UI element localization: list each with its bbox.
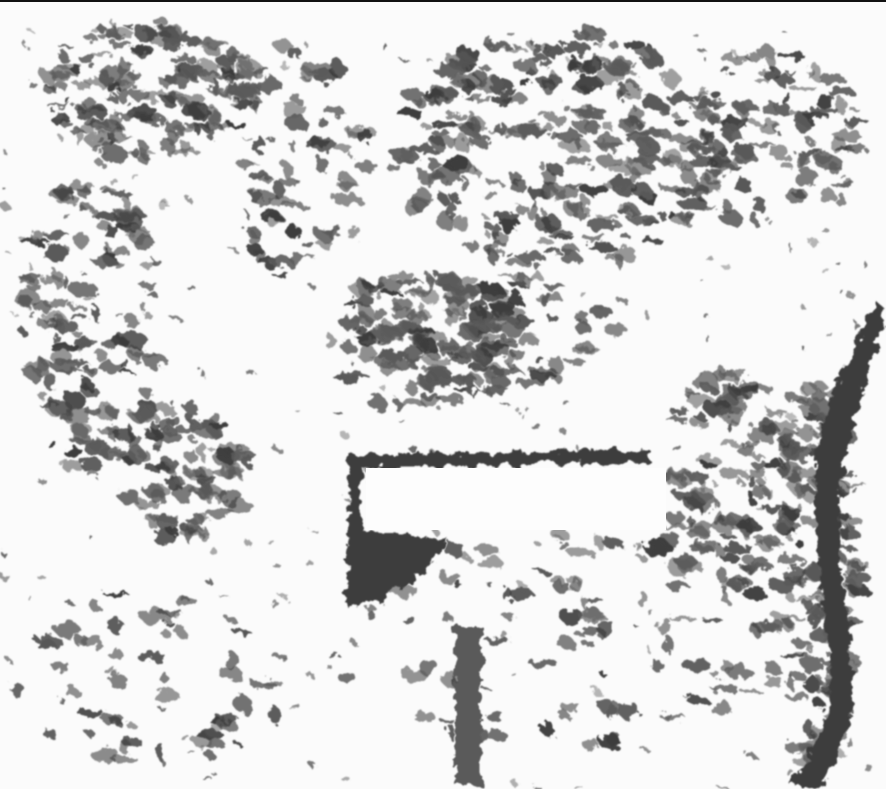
stele-photograph: Grayscale photograph of a weathered ston… bbox=[0, 0, 886, 789]
inscription-texture bbox=[0, 0, 886, 789]
